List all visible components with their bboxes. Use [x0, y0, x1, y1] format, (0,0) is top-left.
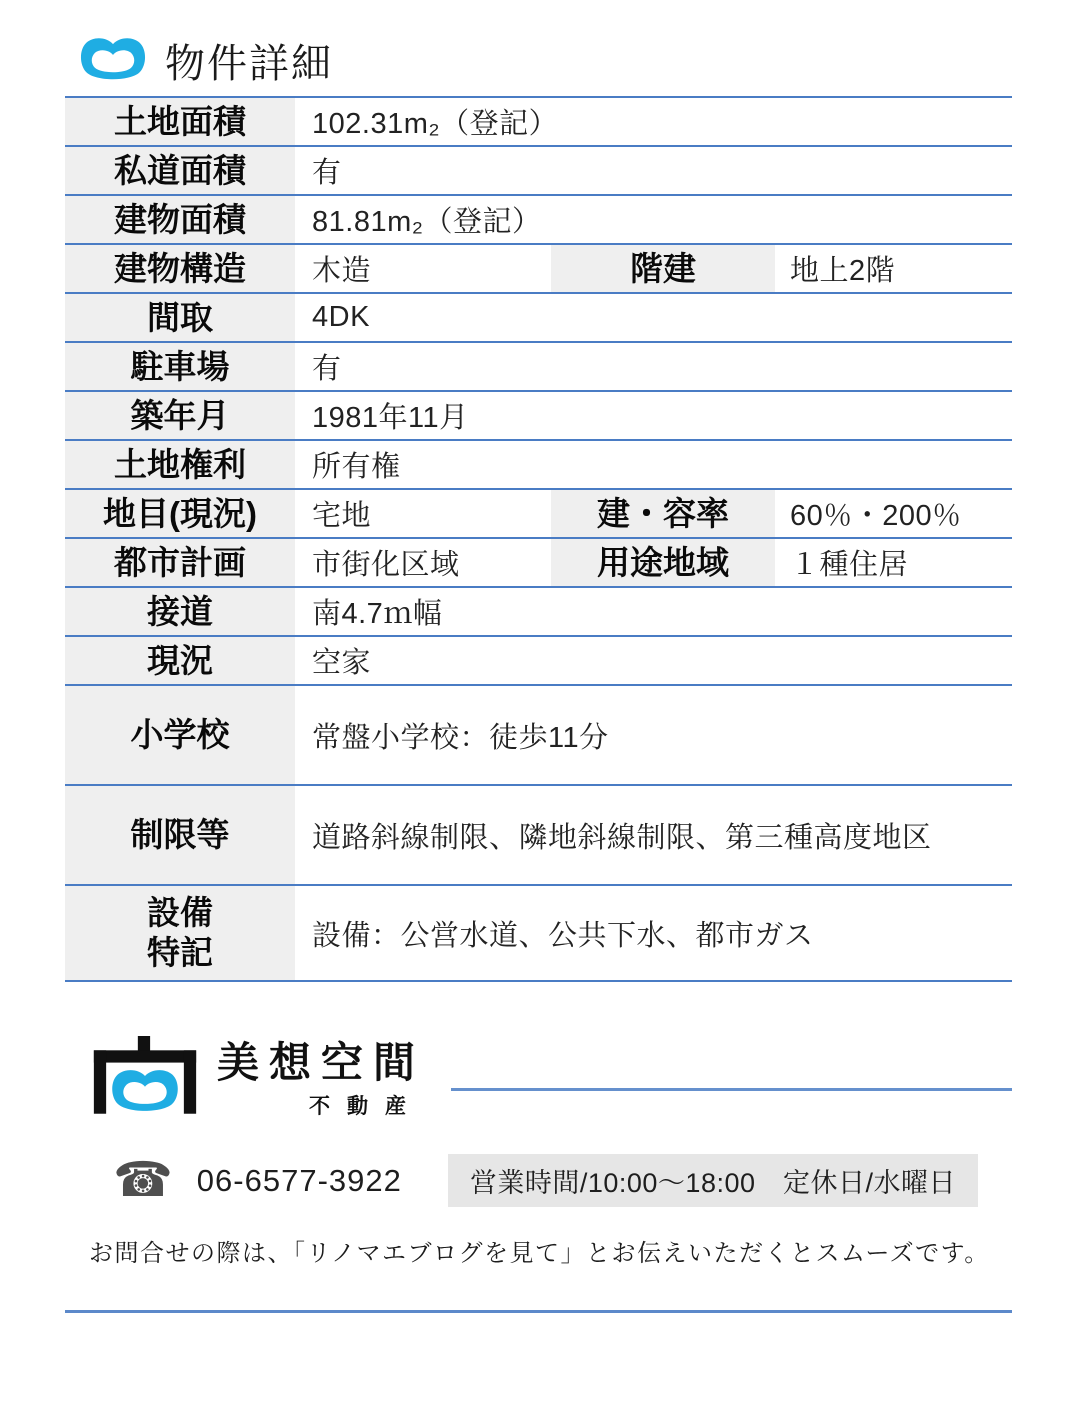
row-value-2: 地上2階 [775, 245, 1012, 292]
table-row-parking: 駐車場 有 [65, 341, 1012, 390]
row-label: 地目(現況) [65, 490, 295, 537]
table-row-built-date: 築年月 1981年11月 [65, 390, 1012, 439]
row-value: 常盤小学校：徒歩11分 [295, 686, 1012, 784]
table-row-land-rights: 土地権利 所有権 [65, 439, 1012, 488]
brand-divider-line [451, 1088, 1012, 1091]
row-value-2: 60％・200％ [775, 490, 1012, 537]
row-value-2: １種住居 [775, 539, 1012, 586]
brand-name: 美想空間 [217, 1040, 425, 1086]
row-value: 4DK [295, 294, 1012, 341]
table-row-elementary-school: 小学校 常盤小学校：徒歩11分 [65, 684, 1012, 784]
row-label: 設備 特記 [65, 886, 295, 980]
row-label: 土地面積 [65, 98, 295, 145]
row-value: 空家 [295, 637, 1012, 684]
table-row-current-status: 現況 空家 [65, 635, 1012, 684]
row-value: 道路斜線制限、隣地斜線制限、第三種高度地区 [295, 786, 1012, 884]
row-value: 市街化区域 [295, 539, 551, 586]
page-header: 物件詳細 [65, 0, 1012, 96]
table-row-land-area: 土地面積 102.31m₂（登記） [65, 96, 1012, 145]
bean-logo-icon [77, 34, 149, 86]
table-row-city-planning: 都市計画 市街化区域 用途地域 １種住居 [65, 537, 1012, 586]
row-label: 接道 [65, 588, 295, 635]
brand-logo-icon [87, 1036, 203, 1126]
brand-row: 美想空間 不動産 [65, 1036, 1012, 1126]
row-value: 1981年11月 [295, 392, 1012, 439]
page-title: 物件詳細 [165, 32, 333, 89]
row-value: 宅地 [295, 490, 551, 537]
table-row-land-category: 地目(現況) 宅地 建・容率 60％・200％ [65, 488, 1012, 537]
row-value: 南4.7ｍ幅 [295, 588, 1012, 635]
row-label: 制限等 [65, 786, 295, 884]
row-label-2: 用途地域 [551, 539, 775, 586]
row-value: 所有権 [295, 441, 1012, 488]
inquiry-note: お問合せの際は、「リノマエブログを見て」とお伝えいただくとスムーズです。 [65, 1233, 1012, 1268]
row-label: 建物面積 [65, 196, 295, 243]
brand-text: 美想空間 不動産 [217, 1040, 425, 1120]
row-value: 木造 [295, 245, 551, 292]
table-row-structure: 建物構造 木造 階建 地上2階 [65, 243, 1012, 292]
phone-icon: ☎ [113, 1157, 173, 1205]
row-label: 建物構造 [65, 245, 295, 292]
brand-subtitle: 不動産 [217, 1090, 425, 1120]
content-column: 物件詳細 土地面積 102.31m₂（登記） 私道面積 有 建物面積 81.81… [65, 0, 1012, 1313]
row-label: 都市計画 [65, 539, 295, 586]
row-value: 有 [295, 343, 1012, 390]
table-row-road-access: 接道 南4.7ｍ幅 [65, 586, 1012, 635]
table-row-restrictions: 制限等 道路斜線制限、隣地斜線制限、第三種高度地区 [65, 784, 1012, 884]
row-value: 81.81m₂（登記） [295, 196, 1012, 243]
contact-row: ☎ 06-6577-3922 営業時間/10:00〜18:00 定休日/水曜日 [65, 1154, 1012, 1207]
row-value: 有 [295, 147, 1012, 194]
row-label: 小学校 [65, 686, 295, 784]
phone-number: 06-6577-3922 [197, 1163, 402, 1199]
bean-mark [112, 1070, 178, 1111]
property-spec-table: 土地面積 102.31m₂（登記） 私道面積 有 建物面積 81.81m₂（登記… [65, 96, 1012, 982]
bottom-divider-line [65, 1310, 1012, 1313]
row-label: 駐車場 [65, 343, 295, 390]
table-row-building-area: 建物面積 81.81m₂（登記） [65, 194, 1012, 243]
row-value: 設備：公営水道、公共下水、都市ガス [295, 886, 1012, 980]
table-row-private-road: 私道面積 有 [65, 145, 1012, 194]
table-row-facilities: 設備 特記 設備：公営水道、公共下水、都市ガス [65, 884, 1012, 980]
table-row-layout: 間取 4DK [65, 292, 1012, 341]
row-label: 築年月 [65, 392, 295, 439]
row-label: 間取 [65, 294, 295, 341]
row-label-2: 階建 [551, 245, 775, 292]
property-detail-page: 物件詳細 土地面積 102.31m₂（登記） 私道面積 有 建物面積 81.81… [0, 0, 1080, 1416]
row-label: 現況 [65, 637, 295, 684]
business-hours-badge: 営業時間/10:00〜18:00 定休日/水曜日 [448, 1154, 978, 1207]
row-value: 102.31m₂（登記） [295, 98, 1012, 145]
row-label: 私道面積 [65, 147, 295, 194]
row-label-2: 建・容率 [551, 490, 775, 537]
row-label: 土地権利 [65, 441, 295, 488]
